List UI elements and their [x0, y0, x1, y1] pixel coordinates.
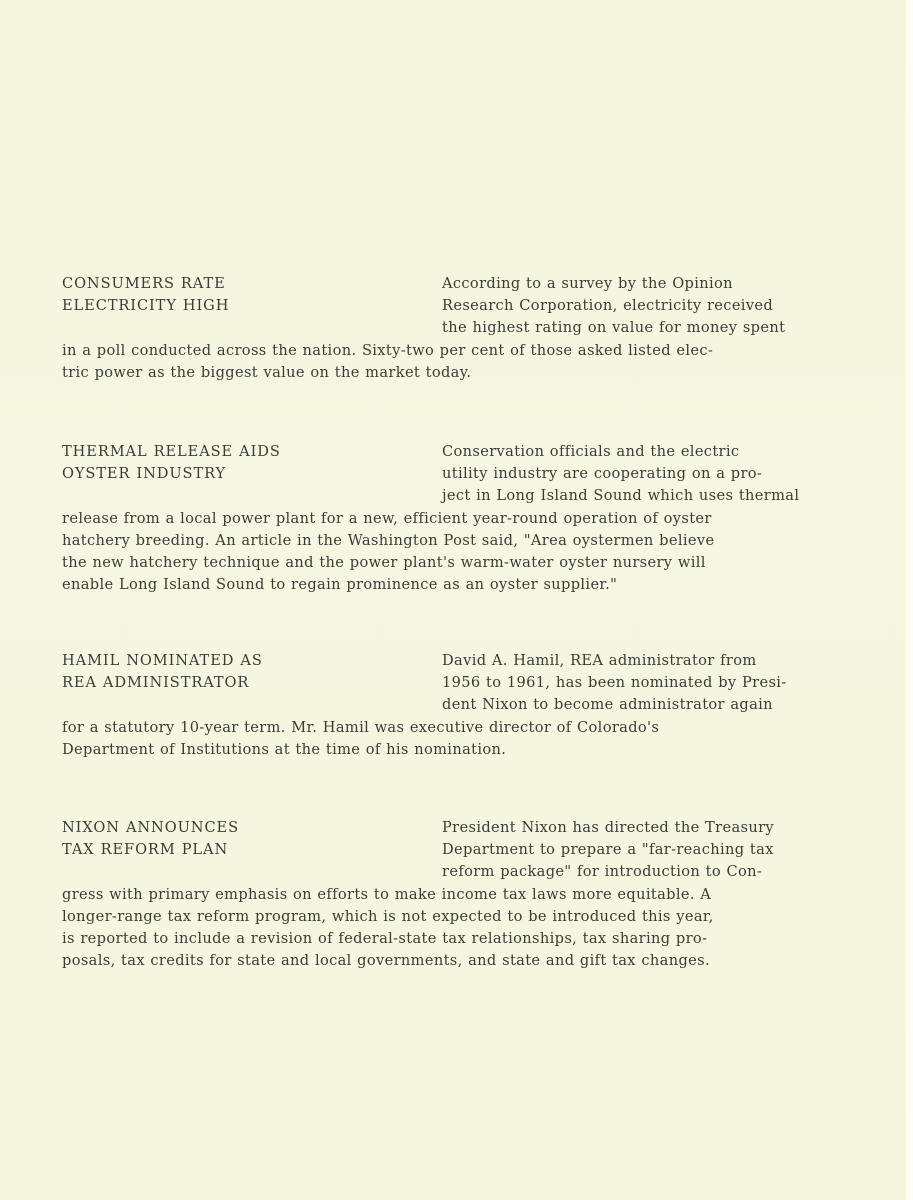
article-lead: David A. Hamil, REA administrator from 1…	[442, 650, 862, 717]
article-body: gress with primary emphasis on efforts t…	[62, 884, 862, 973]
article-lead: Conservation officials and the electric …	[442, 441, 862, 508]
article-hamil-nominated: HAMIL NOMINATED AS REA ADMINISTRATOR Dav…	[62, 650, 862, 761]
article-lead: According to a survey by the Opinion Res…	[442, 273, 862, 340]
article-headline: HAMIL NOMINATED AS REA ADMINISTRATOR	[62, 650, 422, 694]
article-consumers-rate-electricity: CONSUMERS RATE ELECTRICITY HIGH Accordin…	[62, 273, 862, 384]
article-headline: CONSUMERS RATE ELECTRICITY HIGH	[62, 273, 422, 317]
article-body: release from a local power plant for a n…	[62, 508, 862, 597]
article-lead: President Nixon has directed the Treasur…	[442, 817, 862, 884]
document-page: CONSUMERS RATE ELECTRICITY HIGH Accordin…	[0, 0, 906, 1200]
article-body: for a statutory 10-year term. Mr. Hamil …	[62, 717, 862, 761]
article-headline: NIXON ANNOUNCES TAX REFORM PLAN	[62, 817, 422, 861]
article-body: in a poll conducted across the nation. S…	[62, 340, 862, 384]
article-thermal-release-oyster: THERMAL RELEASE AIDS OYSTER INDUSTRY Con…	[62, 441, 862, 596]
article-headline: THERMAL RELEASE AIDS OYSTER INDUSTRY	[62, 441, 422, 485]
article-nixon-tax-reform: NIXON ANNOUNCES TAX REFORM PLAN Presiden…	[62, 817, 862, 972]
page-edge	[906, 0, 913, 1200]
